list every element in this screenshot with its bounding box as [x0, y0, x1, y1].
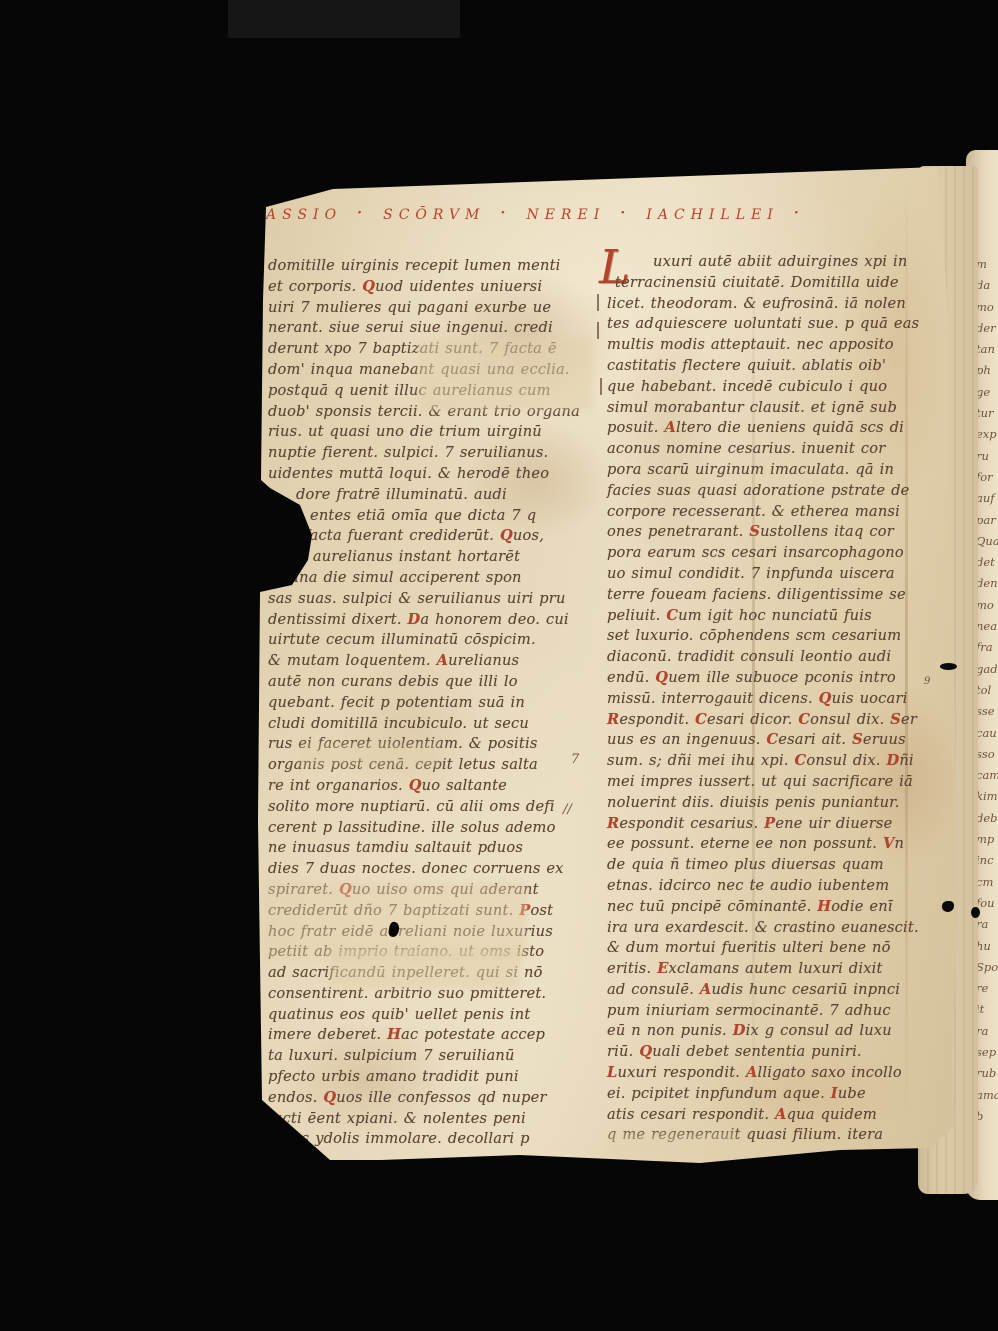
edge-fragment: rub [976, 1063, 998, 1084]
manuscript-line: cerent p lassitudine. ille solus ademo [268, 818, 588, 839]
manuscript-line: quatinus eos quib' uellet penis int [268, 1005, 588, 1026]
margin-mark: 7 [571, 752, 579, 767]
manuscript-line: uo simul condidit. 7 inpfunda uiscera [607, 564, 942, 585]
edge-fragment: ph [976, 360, 998, 381]
rubric-title: assio · scōrvm · nerei · iachillei · [266, 200, 916, 224]
manuscript-line: ta luxuri. sulpicium 7 seruilianū [268, 1046, 588, 1067]
manuscript-line: spiraret. Quo uiso oms qui aderant [268, 880, 588, 901]
margin-tick [597, 322, 599, 339]
edge-fragment: Spo [976, 957, 998, 978]
manuscript-line: simul morabantur clausit. et ignē sub [607, 398, 942, 419]
margin-mark: 9 [924, 676, 930, 687]
manuscript-line: ut una die simul acciperent spon [268, 568, 588, 589]
manuscript-line: entes etiā omīa que dicta 7 q [268, 506, 588, 527]
edge-fragment: den [976, 573, 998, 594]
manuscript-line: et corporis. Quod uidentes uniuersi [268, 277, 588, 298]
edge-fragment: auf [976, 488, 998, 509]
manuscript-line: rus ei faceret uiolentiam. & positis [268, 734, 588, 755]
manuscript-line: consentirent. arbitrio suo pmitteret. [268, 984, 588, 1005]
manuscript-line: terre foueam faciens. diligentissime se [607, 585, 942, 606]
margin-mark: // [563, 802, 572, 817]
edge-fragment: par [976, 510, 998, 531]
manuscript-line: endū. Quem ille subuoce pconis intro [607, 668, 942, 689]
manuscript-line: cum aurelianus instant hortarēt [268, 547, 588, 568]
manuscript-line: Respondit cesarius. Pene uir diuerse [607, 814, 942, 835]
manuscript-line: pora earum scs cesari insarcophagono [607, 543, 942, 564]
parchment-leaf: assio · scōrvm · nerei · iachillei · L d… [0, 0, 998, 1331]
manuscript-line: noluerint diis. diuisis penis puniantur. [607, 793, 942, 814]
manuscript-line: cludi domitillā incubiculo. ut secu [268, 714, 588, 735]
manuscript-line: de quia ñ timeo plus diuersas quam [607, 855, 942, 876]
manuscript-line: dies 7 duas noctes. donec corruens ex [268, 859, 588, 880]
edge-fragment: inc [976, 850, 998, 871]
edge-fragment: ru [976, 446, 998, 467]
manuscript-line: solito more nuptiarū. cū alii oms defi [268, 797, 588, 818]
edge-fragment: ra [976, 914, 998, 935]
manuscript-line: uus es an ingenuus. Cesari ait. Seruus [607, 730, 942, 751]
manuscript-line: dentissimi dixert. Da honorem deo. cui [268, 610, 588, 631]
manuscript-line: pora scarū uirginum imaculata. qā in [607, 460, 942, 481]
manuscript-line: domitille uirginis recepit lumen menti [268, 256, 588, 277]
stitch-slit [940, 663, 957, 670]
manuscript-line: ei. pcipitet inpfundum aque. Iube [607, 1084, 942, 1105]
edge-fragment: mo [976, 595, 998, 616]
edge-fragment: hu [976, 936, 998, 957]
manuscript-line: castitatis flectere quiuit. ablatis oib' [607, 356, 942, 377]
edge-fragment: tur [976, 403, 998, 424]
manuscript-line: riū. Quali debet sententia puniri. [607, 1042, 942, 1063]
manuscript-line: petiit ab imprio traiano. ut oms isto [268, 942, 588, 963]
manuscript-line: & dum mortui fueritis ulteri bene nō [607, 938, 942, 959]
edge-fragment: sse [976, 701, 998, 722]
manuscript-line: nuptie fierent. sulpici. 7 seruilianus. [268, 443, 588, 464]
manuscript-line: facies suas quasi adoratione pstrate de [607, 481, 942, 502]
manuscript-line: imere deberet. Hac potestate accep [268, 1025, 588, 1046]
manuscript-line: tus ydolis immolare. decollari p [268, 1129, 588, 1150]
manuscript-line: terracinensiū ciuitatē. Domitilla uide [607, 273, 942, 294]
manuscript-line: nerant. siue serui siue ingenui. credi [268, 318, 588, 339]
edge-fragment: nea [976, 616, 998, 637]
manuscript-line: ad consulē. Audis hunc cesariū inpnci [607, 980, 942, 1001]
edge-fragment: det [976, 552, 998, 573]
manuscript-line: etnas. idcirco nec te audio iubentem [607, 876, 942, 897]
manuscript-line: derunt xpo 7 baptizati sunt. 7 facta ē [268, 339, 588, 360]
photo-shadow-patch [228, 0, 460, 38]
stitch-slit [971, 907, 980, 918]
manuscript-line: uirtute cecum illuminatū cōspicim. [268, 630, 588, 651]
manuscript-line: que habebant. incedē cubiculo i quo [607, 377, 942, 398]
manuscript-line: atis cesari respondit. Aqua quidem [607, 1105, 942, 1126]
manuscript-line: aconus nomine cesarius. inuenit cor [607, 439, 942, 460]
manuscript-line: sas suas. sulpici & seruilianus uiri pru [268, 589, 588, 610]
manuscript-line: set luxurio. cōphendens scm cesarium [607, 626, 942, 647]
manuscript-line: ad sacrificandū inpelleret. qui si nō [268, 963, 588, 984]
manuscript-line: tes adquiescere uoluntati sue. p quā eas [607, 314, 942, 335]
manuscript-line: corpore recesserant. & etherea mansi [607, 502, 942, 523]
edge-fragment: mp [976, 829, 998, 850]
manuscript-line: ira ura exardescit. & crastino euanescit… [607, 918, 942, 939]
text-column-left: domitille uirginis recepit lumen mentiet… [268, 256, 588, 1150]
edge-fragment: ama [976, 1085, 998, 1106]
manuscript-line: autē non curans debis que illi lo [268, 672, 588, 693]
margin-tick [600, 378, 602, 395]
manuscript-line: licet. theodoram. & eufrosinā. iā nolen [607, 294, 942, 315]
edge-fragment: kim [976, 786, 998, 807]
edge-fragment: b [976, 1106, 998, 1127]
manuscript-line: q me regenerauit quasi filium. itera [607, 1125, 942, 1146]
edge-fragment: cau [976, 723, 998, 744]
edge-fragment: exp [976, 424, 998, 445]
edge-fragment: re [976, 978, 998, 999]
manuscript-photo: mdamodertanphgeturexpruforaufparQuadetde… [0, 0, 998, 1331]
margin-tick [597, 294, 599, 311]
edge-fragment: der [976, 318, 998, 339]
page-edge-fragments: mdamodertanphgeturexpruforaufparQuadetde… [976, 254, 998, 1174]
manuscript-line: ee possunt. eterne ee non possunt. Vn [607, 834, 942, 855]
edge-fragment: tol [976, 680, 998, 701]
manuscript-line: peliuit. Cum igit hoc nunciatū fuis [607, 606, 942, 627]
edge-fragment: sep [976, 1042, 998, 1063]
manuscript-line: re int organarios. Quo saltante [268, 776, 588, 797]
manuscript-line: Luxuri respondit. Alligato saxo incollo [607, 1063, 942, 1084]
manuscript-line: organis post cenā. cepit letus salta [268, 755, 588, 776]
manuscript-line: uxuri autē abiit aduirgines xpi in [607, 252, 942, 273]
manuscript-line: endos. Quos ille confessos qd nuper [268, 1088, 588, 1109]
manuscript-line: sum. s; dñi mei ihu xpi. Consul dix. Dñi [607, 751, 942, 772]
text-column-right: uxuri autē abiit aduirgines xpi interrac… [607, 252, 942, 1146]
manuscript-line: facta fuerant crediderūt. Quos, [268, 526, 588, 547]
manuscript-line: ne inuasus tamdiu saltauit pduos [268, 838, 588, 859]
manuscript-line: facti ēent xpiani. & nolentes peni [268, 1109, 588, 1130]
manuscript-line: crediderūt dño 7 baptizati sunt. Post [268, 901, 588, 922]
edge-fragment: for [976, 467, 998, 488]
manuscript-line: rius. ut quasi uno die trium uirginū [268, 422, 588, 443]
manuscript-line: nec tuū pncipē cōminantē. Hodie enī [607, 897, 942, 918]
manuscript-line: mei impres iussert. ut qui sacrificare i… [607, 772, 942, 793]
manuscript-line: pum iniuriam sermocinantē. 7 adhuc [607, 1001, 942, 1022]
manuscript-line: uiri 7 mulieres qui pagani exurbe ue [268, 298, 588, 319]
manuscript-line: multis modis atteptauit. nec apposito [607, 335, 942, 356]
manuscript-line: pfecto urbis amano tradidit puni [268, 1067, 588, 1088]
manuscript-line: dore fratrē illuminatū. audi [268, 485, 588, 506]
edge-fragment: ra [976, 1021, 998, 1042]
manuscript-line: diaconū. tradidit consuli leontio audi [607, 647, 942, 668]
manuscript-line: & mutam loquentem. Aurelianus [268, 651, 588, 672]
edge-fragment: deb [976, 808, 998, 829]
manuscript-line: eritis. Exclamans autem luxuri dixit [607, 959, 942, 980]
manuscript-line: Respondit. Cesari dicor. Consul dix. Ser [607, 710, 942, 731]
edge-fragment: gad [976, 659, 998, 680]
manuscript-line: hoc fratr eidē aureliani noie luxurius [268, 922, 588, 943]
edge-fragment: ge [976, 382, 998, 403]
edge-fragment: Qua [976, 531, 998, 552]
manuscript-line: quebant. fecit p potentiam suā in [268, 693, 588, 714]
manuscript-line: posuit. Altero die ueniens quidā scs di [607, 418, 942, 439]
edge-fragment: cm [976, 872, 998, 893]
manuscript-line: ones penetrarant. Sustollens itaq cor [607, 522, 942, 543]
edge-fragment: tan [976, 339, 998, 360]
manuscript-line: postquā q uenit illuc aurelianus cum [268, 381, 588, 402]
manuscript-line: eū n non punis. Dix g consul ad luxu [607, 1021, 942, 1042]
manuscript-line: uidentes muttā loqui. & herodē theo [268, 464, 588, 485]
manuscript-line: duob' sponsis tercii. & erant trio organ… [268, 402, 588, 423]
edge-fragment: fra [976, 637, 998, 658]
manuscript-line: missū. interrogauit dicens. Quis uocari [607, 689, 942, 710]
edge-fragment: da [976, 275, 998, 296]
edge-fragment: m [976, 254, 998, 275]
edge-fragment: mo [976, 297, 998, 318]
manuscript-line: dom' inqua manebant quasi una ecclia. [268, 360, 588, 381]
edge-fragment: it [976, 999, 998, 1020]
edge-fragment: cam [976, 765, 998, 786]
edge-fragment: sso [976, 744, 998, 765]
